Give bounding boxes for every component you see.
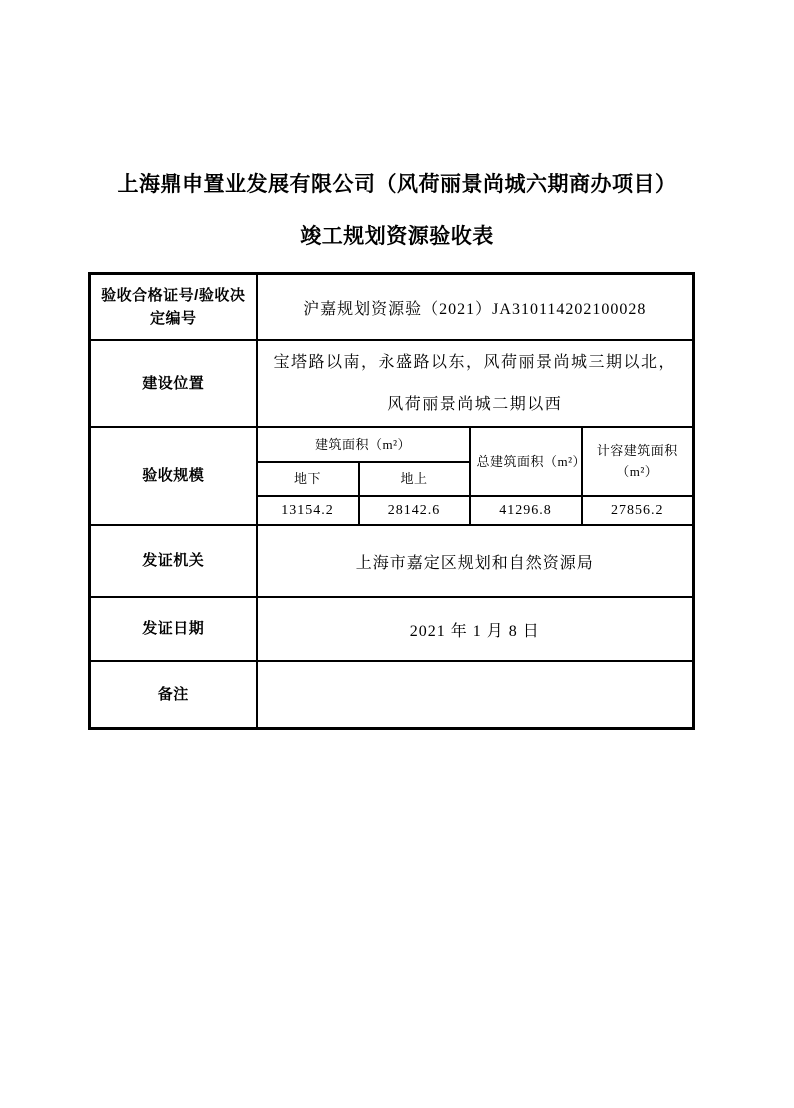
remarks-label-cell: 备注 <box>90 661 257 729</box>
document-title-line2: 竣工规划资源验收表 <box>0 220 794 250</box>
table-row-scale-header1: 验收规模 建筑面积（m²） 总建筑面积（m²） 计容建筑面积 （m²） <box>90 427 694 462</box>
remarks-value-cell <box>257 661 694 729</box>
scale-label-cell: 验收规模 <box>90 427 257 525</box>
location-value-line2: 风荷丽景尚城二期以西 <box>264 384 687 426</box>
table-row-location: 建设位置 宝塔路以南，永盛路以东，风荷丽景尚城三期以北， 风荷丽景尚城二期以西 <box>90 340 694 427</box>
capacity-area-header-cell: 计容建筑面积 （m²） <box>582 427 694 496</box>
underground-value-cell: 13154.2 <box>257 496 359 525</box>
certificate-value-cell: 沪嘉规划资源验（2021）JA310114202100028 <box>257 274 694 341</box>
location-value-line1: 宝塔路以南，永盛路以东，风荷丽景尚城三期以北， <box>264 342 687 384</box>
floor-area-header-cell: 建筑面积（m²） <box>257 427 470 462</box>
certificate-label-cell: 验收合格证号/验收决定编号 <box>90 274 257 341</box>
authority-value-cell: 上海市嘉定区规划和自然资源局 <box>257 525 694 597</box>
total-area-value-cell: 41296.8 <box>470 496 582 525</box>
date-value-cell: 2021 年 1 月 8 日 <box>257 597 694 661</box>
total-area-header-cell: 总建筑面积（m²） <box>470 427 582 496</box>
document-title-line1: 上海鼎申置业发展有限公司（风荷丽景尚城六期商办项目） <box>0 168 794 198</box>
location-value-cell: 宝塔路以南，永盛路以东，风荷丽景尚城三期以北， 风荷丽景尚城二期以西 <box>257 340 694 427</box>
underground-header-cell: 地下 <box>257 462 359 496</box>
table-row-date: 发证日期 2021 年 1 月 8 日 <box>90 597 694 661</box>
capacity-area-header-line2: （m²） <box>589 462 687 482</box>
aboveground-value-cell: 28142.6 <box>359 496 470 525</box>
table-row-remarks: 备注 <box>90 661 694 729</box>
capacity-area-header-line1: 计容建筑面积 <box>589 441 687 461</box>
document-page: 上海鼎申置业发展有限公司（风荷丽景尚城六期商办项目） 竣工规划资源验收表 验收合… <box>0 0 794 1108</box>
acceptance-table: 验收合格证号/验收决定编号 沪嘉规划资源验（2021）JA31011420210… <box>88 272 695 730</box>
location-label-cell: 建设位置 <box>90 340 257 427</box>
authority-label-cell: 发证机关 <box>90 525 257 597</box>
aboveground-header-cell: 地上 <box>359 462 470 496</box>
capacity-area-value-cell: 27856.2 <box>582 496 694 525</box>
table-row-authority: 发证机关 上海市嘉定区规划和自然资源局 <box>90 525 694 597</box>
date-label-cell: 发证日期 <box>90 597 257 661</box>
table-row-certificate: 验收合格证号/验收决定编号 沪嘉规划资源验（2021）JA31011420210… <box>90 274 694 341</box>
